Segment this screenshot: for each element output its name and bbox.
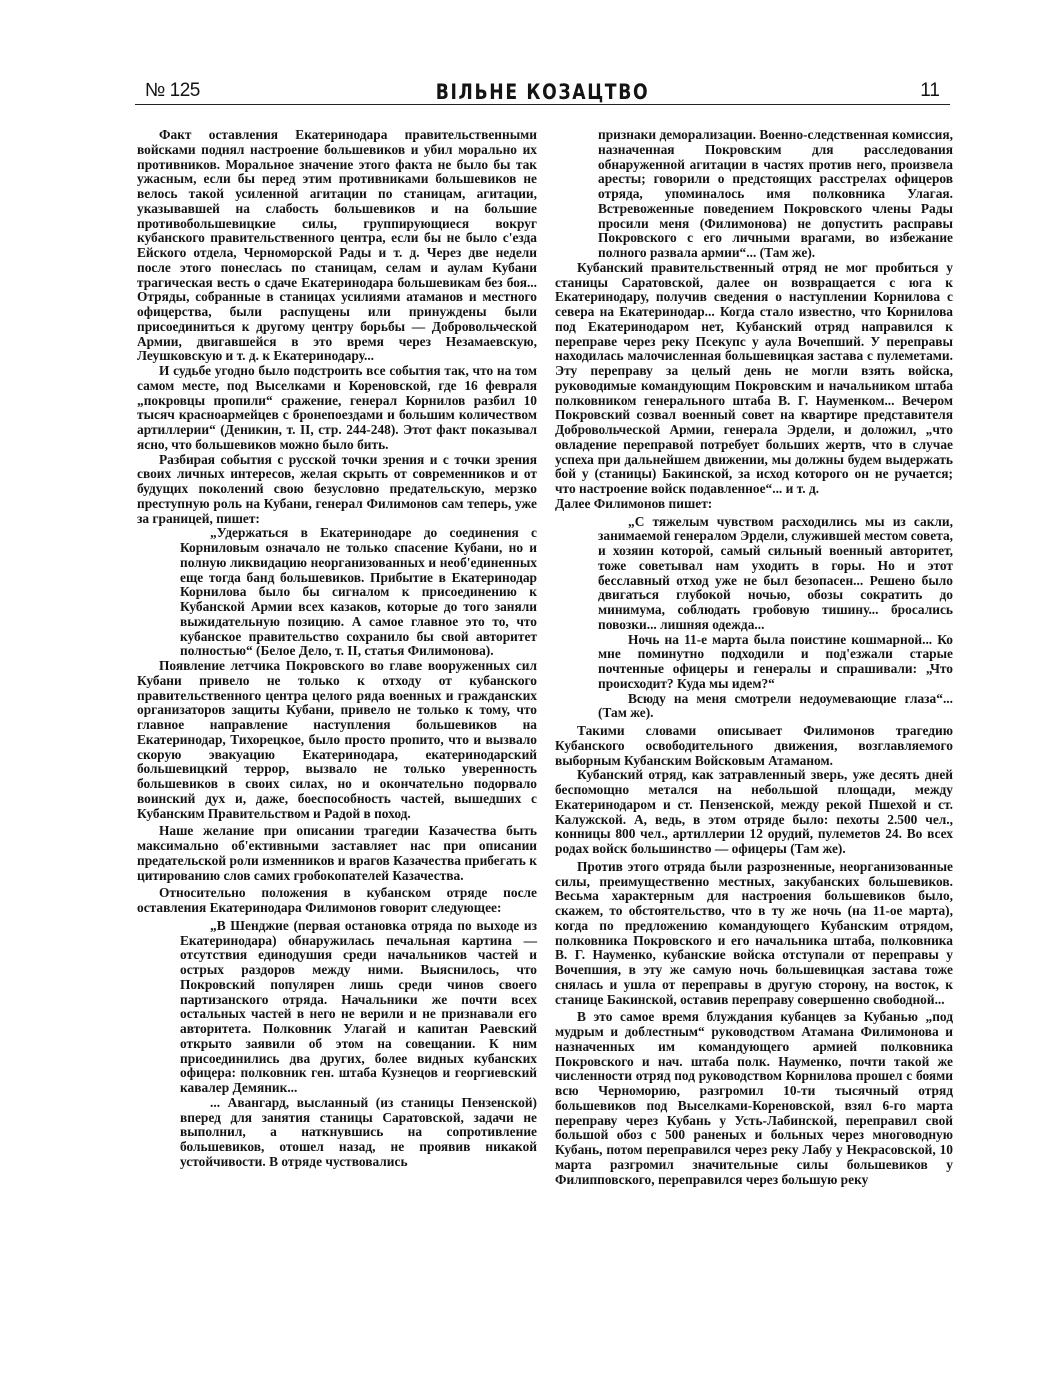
quote-paragraph: „С тяжелым чувством расходились мы из са… — [598, 515, 953, 633]
header-rule — [135, 104, 950, 105]
newspaper-page: № 125 ВІЛЬНЕ КОЗАЦТВО 11 Факт оставления… — [0, 0, 1050, 1400]
paragraph: Кубанский отряд, как затравленный зверь,… — [555, 768, 953, 857]
block-quote-continued: признаки деморализации. Военно-следствен… — [598, 128, 953, 261]
paragraph: Далее Филимонов пишет: — [555, 497, 953, 512]
quote-paragraph: „Удержаться в Екатеринодаре до соединени… — [180, 526, 537, 659]
right-column: признаки деморализации. Военно-следствен… — [555, 128, 953, 1187]
block-quote: „Удержаться в Екатеринодаре до соединени… — [180, 526, 537, 659]
paragraph: Разбирая события с русской точки зрения … — [137, 453, 537, 527]
left-column: Факт оставления Екатеринодара правительс… — [137, 128, 537, 1170]
quote-paragraph: признаки деморализации. Военно-следствен… — [598, 128, 953, 261]
paragraph: И судьбе угодно было подстроить все собы… — [137, 364, 537, 453]
quote-paragraph: ... Авангард, высланный (из станицы Пенз… — [180, 1096, 537, 1170]
block-quote: „С тяжелым чувством расходились мы из са… — [598, 515, 953, 722]
block-quote: „В Шенджие (первая остановка отряда по в… — [180, 919, 537, 1170]
paragraph: Относительно положения в кубанском отряд… — [137, 886, 537, 916]
publication-title: ВІЛЬНЕ КОЗАЦТВО — [208, 80, 876, 104]
quote-paragraph: „В Шенджие (первая остановка отряда по в… — [180, 919, 537, 1096]
paragraph: Появление летчика Покровского во главе в… — [137, 659, 537, 821]
paragraph: Такими словами описывает Филимонов траге… — [555, 724, 953, 768]
issue-number: № 125 — [145, 80, 200, 102]
paragraph: Кубанский правительственный отряд не мог… — [555, 261, 953, 497]
paragraph: В это самое время блуждания кубанцев за … — [555, 1010, 953, 1187]
quote-paragraph: Всюду на меня смотрели недоумевающие гла… — [598, 692, 953, 722]
paragraph: Факт оставления Екатеринодара правительс… — [137, 128, 537, 364]
page-header: № 125 ВІЛЬНЕ КОЗАЦТВО 11 — [135, 80, 950, 106]
page-number: 11 — [920, 80, 940, 102]
paragraph: Против этого отряда были разрозненные, н… — [555, 860, 953, 1008]
quote-paragraph: Ночь на 11-е марта была поистине кошмарн… — [598, 633, 953, 692]
paragraph: Наше желание при описании трагедии Казач… — [137, 824, 537, 883]
